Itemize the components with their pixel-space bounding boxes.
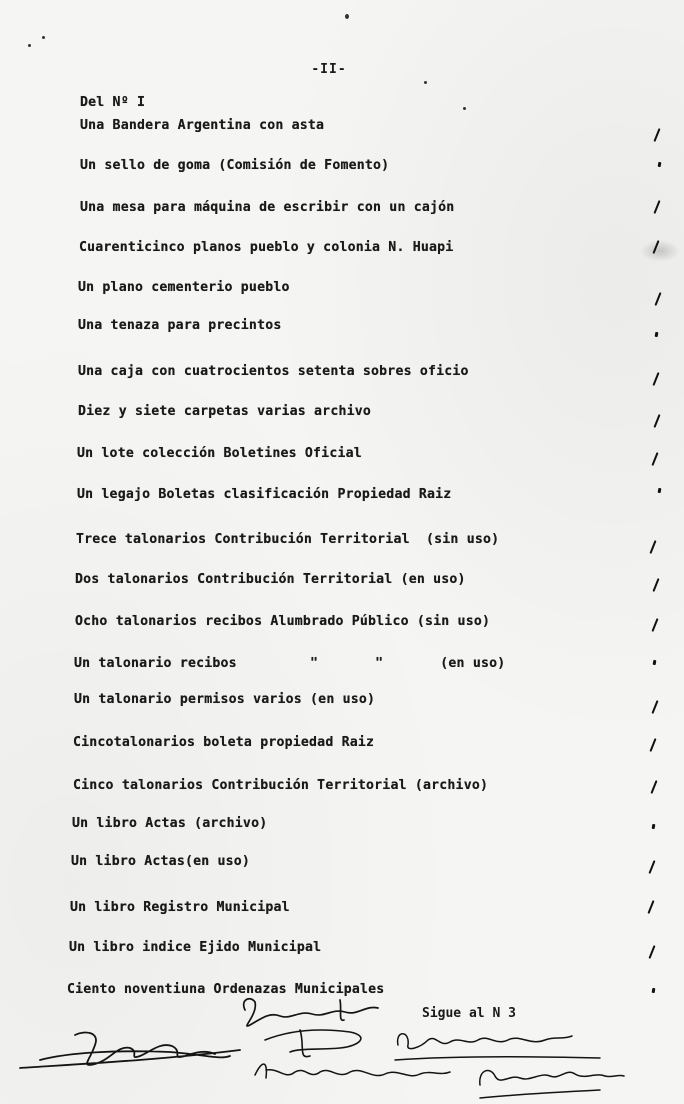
inventory-item: Trece talonarios Contribución Territoria… [76,532,499,547]
inventory-item: Un sello de goma (Comisión de Fomento) [80,158,389,173]
signature-3 [265,1030,361,1057]
checkmark-icon [650,780,657,794]
inventory-item: Cincotalonarios boleta propiedad Raiz [73,735,374,750]
checkmark-icon [653,414,660,428]
inventory-item: Una tenaza para precintos [78,318,282,333]
checkmark-icon [648,945,655,959]
scan-speck [345,14,349,19]
checkmark-icon [648,860,655,874]
checkmark-icon [652,578,659,592]
inventory-heading: Del Nº I [80,95,145,110]
page-number: -II- [0,62,684,77]
checkmark-icon [652,372,659,386]
checkmark-icon [651,452,658,466]
checkmark-icon [654,292,661,306]
inventory-item: Un libro Actas (archivo) [72,816,267,831]
checkmark-icon [647,900,654,914]
checkmark-icon [651,700,658,714]
checkmark-icon [652,824,656,829]
inventory-item: Una caja con cuatrocientos setenta sobre… [78,364,469,379]
checkmark-icon [649,738,656,752]
inventory-item: Un libro Registro Municipal [70,900,290,915]
checkmark-icon [655,332,659,337]
checkmark-icon [658,162,662,167]
signature-6 [480,1070,624,1098]
inventory-item: Cuarenticinco planos pueblo y colonia N.… [79,240,453,255]
inventory-item: Dos talonarios Contribución Territorial … [75,572,466,587]
inventory-item: Diez y siete carpetas varias archivo [78,404,371,419]
checkmark-icon [658,488,662,493]
inventory-item: Ocho talonarios recibos Alumbrado Públic… [75,614,490,629]
checkmark-icon [653,200,660,214]
signature-2 [244,999,378,1026]
scan-speck [424,81,427,84]
inventory-item: Una Bandera Argentina con asta [80,118,324,133]
scan-speck [42,36,45,39]
inventory-item: Un libro indice Ejido Municipal [69,940,321,955]
signature-4 [255,1064,450,1078]
checkmark-icon [653,660,657,665]
checkmark-icon [649,540,656,554]
inventory-item: Un lote colección Boletines Oficial [77,446,362,461]
scan-speck [28,44,31,47]
checkmark-icon [651,618,658,632]
inventory-item: Un libro Actas(en uso) [71,854,250,869]
inventory-item: Cinco talonarios Contribución Territoria… [73,778,488,793]
scan-smudge [640,240,680,262]
inventory-item: Un legajo Boletas clasificación Propieda… [77,487,451,502]
signature-5 [395,1034,600,1060]
scan-speck [463,107,466,110]
inventory-item: Un talonario recibos " " (en uso) [74,656,505,671]
page-number-text: -II- [311,62,346,77]
signatures [0,990,684,1104]
scanned-page: -II- Del Nº I Una Bandera Argentina con … [0,0,684,1104]
signature-1 [20,1032,240,1068]
inventory-item: Un talonario permisos varios (en uso) [74,692,375,707]
inventory-item: Una mesa para máquina de escribir con un… [80,200,454,215]
checkmark-icon [653,128,660,142]
inventory-item: Un plano cementerio pueblo [78,280,290,295]
